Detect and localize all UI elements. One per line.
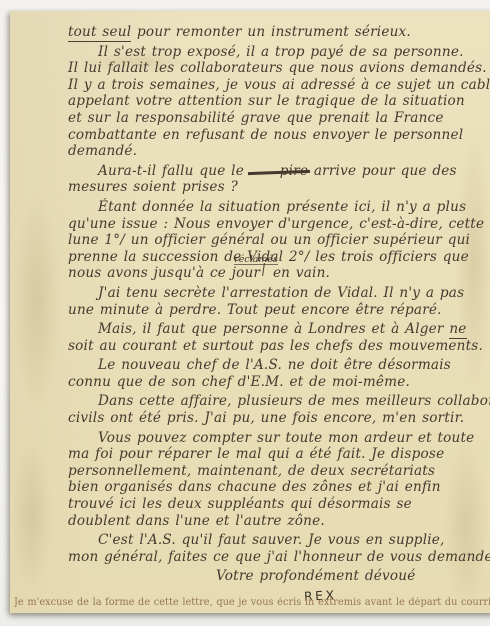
letter-line: demandé.	[68, 143, 490, 160]
paragraph-continuation: tout seul pour remonter un instrument sé…	[68, 24, 490, 41]
closing-formula: Votre profondément dévoué	[216, 568, 490, 585]
letter-line: mon général, faites ce que j'ai l'honneu…	[68, 549, 490, 566]
paragraph: C'est l'A.S. qu'il faut sauver. Je vous …	[68, 532, 490, 565]
letter-line-text: arrive pour que des	[308, 163, 457, 179]
inserted-word-above-line: réclamés	[234, 255, 278, 266]
letter-line: civils ont été pris. J'ai pu, une fois e…	[68, 410, 490, 427]
letter-line: Il lui fallait les collaborateurs que no…	[68, 60, 490, 77]
letter-line: mesures soient prises ?	[68, 179, 490, 196]
letter-line: tout seul pour remonter un instrument sé…	[68, 24, 490, 41]
letter-line: Vous pouvez compter sur toute mon ardeur…	[68, 430, 490, 447]
letter-line-text: pour remonter un instrument sérieux.	[131, 24, 411, 40]
struck-word: pire	[250, 163, 308, 180]
paragraph: Étant donnée la situation présente ici, …	[68, 199, 490, 282]
letter-line: Étant donnée la situation présente ici, …	[68, 199, 490, 216]
letter-line-text: en vain.	[267, 265, 330, 281]
underlined-phrase: tout seul	[68, 24, 131, 42]
letter-line: trouvé ici les deux suppléants qui désor…	[68, 496, 490, 513]
scanned-letter: tout seul pour remonter un instrument sé…	[0, 0, 490, 626]
paragraph: Il s'est trop exposé, il a trop payé de …	[68, 44, 490, 160]
paragraph: J'ai tenu secrète l'arrestation de Vidal…	[68, 285, 490, 318]
letter-line: Mais, il faut que personne à Londres et …	[68, 321, 490, 338]
letter-line: et sur la responsabilité grave que prena…	[68, 110, 490, 127]
letter-line: C'est l'A.S. qu'il faut sauver. Je vous …	[68, 532, 490, 549]
letter-line-text: nous avons jusqu'à ce jour	[68, 265, 260, 281]
paragraph: Dans cette affaire, plusieurs de mes mei…	[68, 393, 490, 426]
letter-line: Il s'est trop exposé, il a trop payé de …	[68, 44, 490, 61]
letter-line: bien organisés dans chacune des zônes et…	[68, 479, 490, 496]
letter-line-text: Mais, il faut que personne à Londres et …	[98, 321, 449, 337]
letter-line: ma foi pour réparer le mal qui a été fai…	[68, 446, 490, 463]
letter-line: combattante en refusant de nous envoyer …	[68, 127, 490, 144]
letter-line: appelant votre attention sur le tragique…	[68, 93, 490, 110]
underlined-word: ne	[449, 321, 466, 339]
postscript-note: Je m'excuse de la forme de cette lettre,…	[14, 597, 490, 608]
paragraph: Aura-t-il fallu que le pire arrive pour …	[68, 163, 490, 196]
letter-line: nous avons jusqu'à ce jourréclamés en va…	[68, 265, 490, 282]
letter-line: une minute à perdre. Tout peut encore êt…	[68, 302, 490, 319]
letter-body: tout seul pour remonter un instrument sé…	[10, 11, 490, 613]
letter-line: Dans cette affaire, plusieurs de mes mei…	[68, 393, 490, 410]
letter-line: Aura-t-il fallu que le pire arrive pour …	[68, 163, 490, 180]
paragraph: Vous pouvez compter sur toute mon ardeur…	[68, 430, 490, 530]
letter-line: Il y a trois semaines, je vous ai adress…	[68, 77, 490, 94]
letter-line: prenne la succession de Vidal 2°/ les tr…	[68, 249, 490, 266]
letter-page: tout seul pour remonter un instrument sé…	[10, 11, 490, 613]
letter-line: qu'une issue : Nous envoyer d'urgence, c…	[68, 216, 490, 233]
insertion-caret: réclamés	[260, 265, 267, 277]
letter-line: Le nouveau chef de l'A.S. ne doit être d…	[68, 357, 490, 374]
letter-line-text: Aura-t-il fallu que le	[98, 163, 250, 179]
letter-line: lune 1°/ un officier général ou un offic…	[68, 232, 490, 249]
letter-line: personnellement, maintenant, de deux sec…	[68, 463, 490, 480]
letter-line: J'ai tenu secrète l'arrestation de Vidal…	[68, 285, 490, 302]
letter-line: connu que de son chef d'E.M. et de moi-m…	[68, 374, 490, 391]
letter-line: soit au courant et surtout pas les chefs…	[68, 338, 490, 355]
letter-line: doublent dans l'une et l'autre zône.	[68, 513, 490, 530]
paragraph: Mais, il faut que personne à Londres et …	[68, 321, 490, 354]
paragraph: Le nouveau chef de l'A.S. ne doit être d…	[68, 357, 490, 390]
